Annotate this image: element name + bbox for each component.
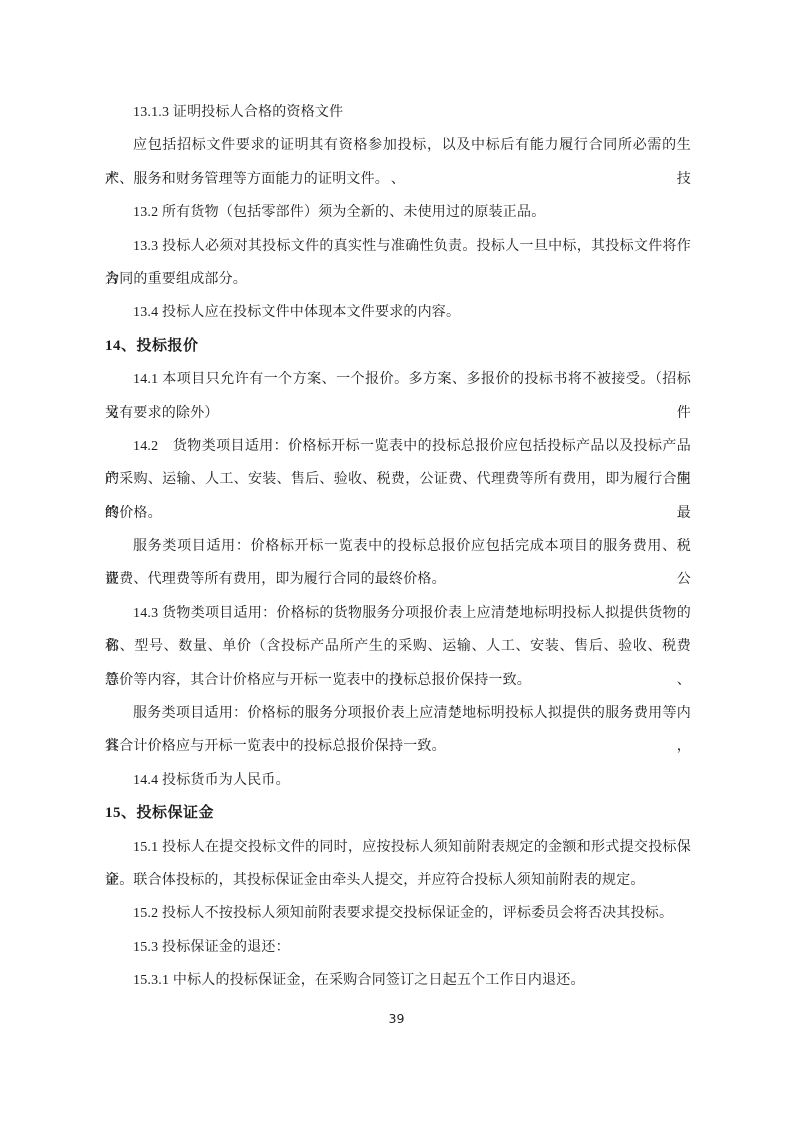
document-line: 应包括招标文件要求的证明其有资格参加投标，以及中标后有能力履行合同所必需的生产、… [105,129,691,162]
document-line: 服务类项目适用：价格标开标一览表中的投标总报价应包括完成本项目的服务费用、税费、… [105,530,691,563]
document-line: 15.3.1 中标人的投标保证金，在采购合同签订之日起五个工作日内退还。 [105,964,691,997]
document-line: 15.2 投标人不按投标人须知前附表要求提交投标保证金的，评标委员会将否决其投标… [105,897,691,930]
page-footer: 39 [0,1010,793,1028]
document-line: 15.1 投标人在提交投标文件的同时，应按投标人须知前附表规定的金额和形式提交投… [105,831,691,864]
document-line: 15.3 投标保证金的退还： [105,931,691,964]
document-line: 金。联合体投标的，其投标保证金由牵头人提交，并应符合投标人须知前附表的规定。 [105,864,691,897]
document-page: 13.1.3 证明投标人合格的资格文件应包括招标文件要求的证明其有资格参加投标，… [0,0,793,1123]
document-line: 14、投标报价 [105,330,691,363]
document-line: 15、投标保证金 [105,797,691,830]
document-line: 13.3 投标人必须对其投标文件的真实性与准确性负责。投标人一旦中标，其投标文件… [105,230,691,263]
document-line: 的采购、运输、人工、安装、售后、验收、税费，公证费、代理费等所有费用，即为履行合… [105,463,691,496]
document-line: 14.2 货物类项目适用：价格标开标一览表中的投标总报价应包括投标产品以及投标产… [105,430,691,463]
document-line: 14.1 本项目只允许有一个方案、一个报价。多方案、多报价的投标书将不被接受。（… [105,363,691,396]
document-body: 13.1.3 证明投标人合格的资格文件应包括招标文件要求的证明其有资格参加投标，… [105,96,691,998]
document-line: 14.3 货物类项目适用：价格标的货物服务分项报价表上应清楚地标明投标人拟提供货… [105,597,691,630]
document-line: 13.4 投标人应在投标文件中体现本文件要求的内容。 [105,296,691,329]
document-line: 合同的重要组成部分。 [105,263,691,296]
document-line: 称、型号、数量、单价（含投标产品所产生的采购、运输、人工、安装、售后、验收、税费… [105,630,691,663]
document-line: 13.1.3 证明投标人合格的资格文件 [105,96,691,129]
document-line: 服务类项目适用：价格标的服务分项报价表上应清楚地标明投标人拟提供的服务费用等内容… [105,697,691,730]
page-number: 39 [389,1011,405,1026]
document-line: 13.2 所有货物（包括零部件）须为全新的、未使用过的原装正品。 [105,196,691,229]
document-line: 14.4 投标货币为人民币。 [105,764,691,797]
